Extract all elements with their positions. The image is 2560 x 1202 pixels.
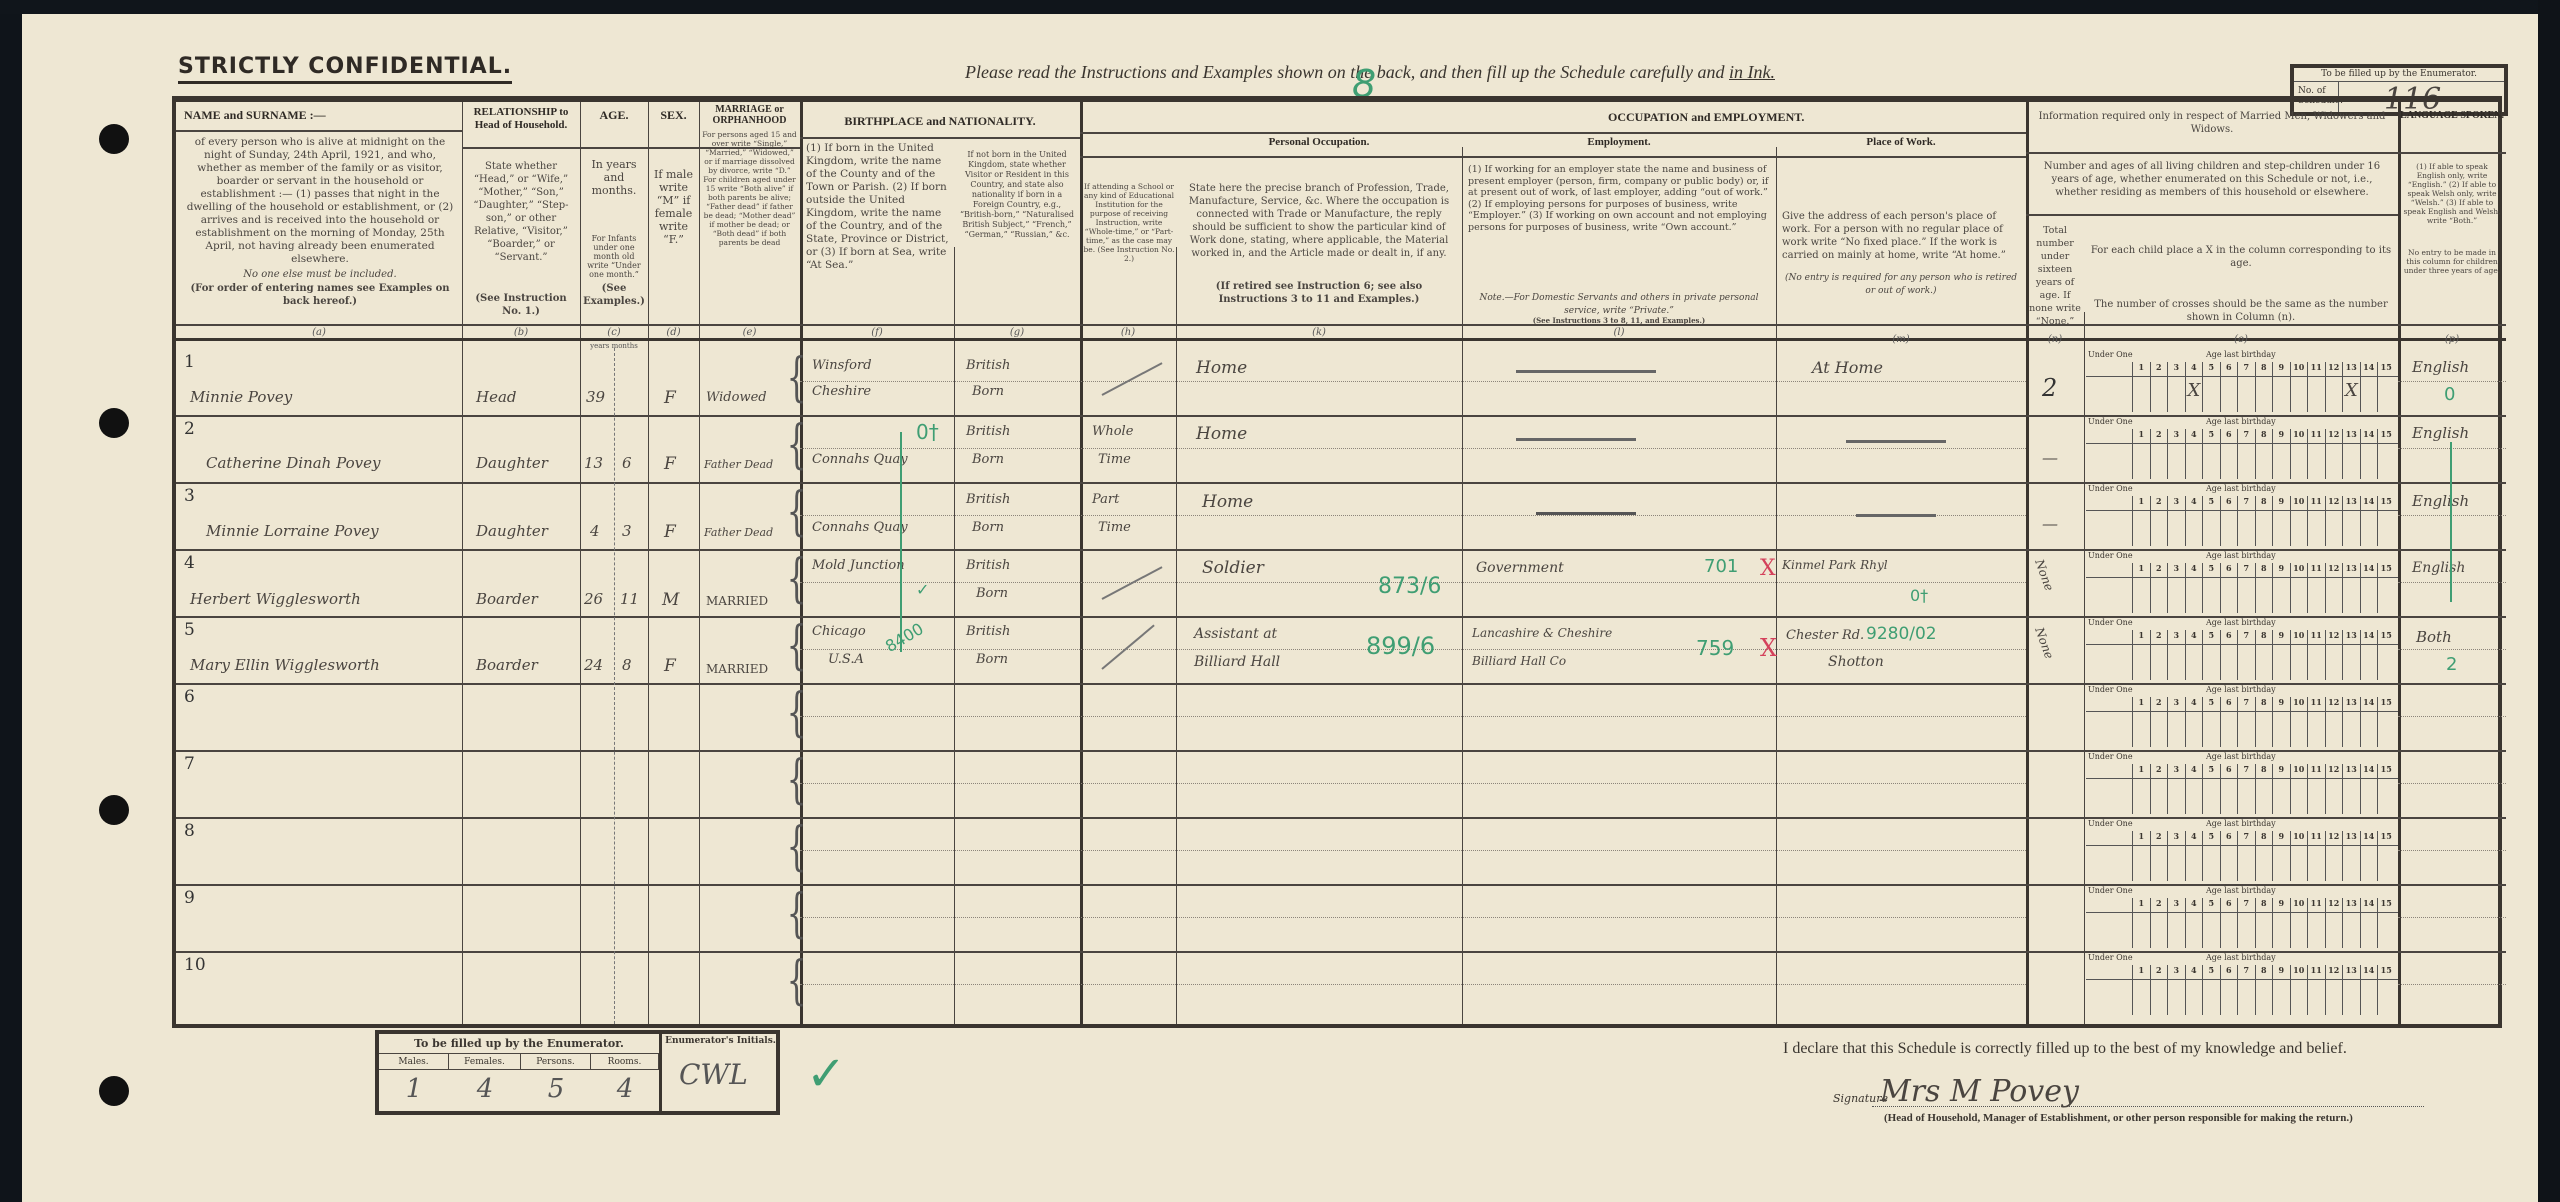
age-grid: Under One Age last birthday 123456789101… <box>2086 618 2398 682</box>
relationship: Boarder <box>476 590 538 608</box>
place-of-work: At Home <box>1812 358 1883 377</box>
children-total: None <box>2032 557 2056 592</box>
punch-hole <box>99 795 129 825</box>
employment: Government <box>1476 560 1564 576</box>
relationship: Daughter <box>476 522 548 540</box>
males-count: 1 <box>379 1074 449 1104</box>
employment-dash <box>1516 370 1656 373</box>
rooms-count: 4 <box>591 1074 659 1104</box>
age-grid: Under One Age last birthday 123456789101… <box>2086 953 2398 1017</box>
birthplace: Winsford <box>812 358 872 373</box>
nationality: British <box>966 358 1010 373</box>
nationality: British <box>966 558 1010 573</box>
age-months: 6 <box>622 454 632 472</box>
scan-border-top <box>0 0 2560 14</box>
header-birthplace: BIRTHPLACE and NATIONALITY. <box>800 114 1080 129</box>
birthplace: Mold Junction <box>812 558 905 573</box>
check-mark-icon: ✓ <box>806 1046 846 1102</box>
scan-border-right <box>2538 0 2560 1202</box>
birthplace: Chicago <box>812 624 866 639</box>
place-of-work: Kinmel Park Rhyl <box>1782 558 1888 572</box>
children-total: None <box>2032 625 2056 660</box>
age-grid: Under One Age last birthday 123456789101… <box>2086 350 2398 414</box>
punch-hole <box>99 1076 129 1106</box>
marriage-status: MARRIED <box>706 662 768 676</box>
sex: F <box>664 656 676 676</box>
nationality: British <box>966 492 1010 507</box>
signature: Mrs M Povey <box>1880 1074 2079 1109</box>
employment-code: 759 <box>1696 636 1734 660</box>
age-years: 24 <box>584 656 603 674</box>
occupation: Home <box>1202 492 1253 512</box>
age-years: 4 <box>590 522 600 540</box>
census-table: NAME and SURNAME :— of every person who … <box>172 96 2502 1028</box>
green-code: 0† <box>916 420 939 444</box>
person-name: Minnie Lorraine Povey <box>206 522 379 540</box>
marriage-status: MARRIED <box>706 594 768 608</box>
language: English <box>2412 560 2465 576</box>
age-grid: Under One Age last birthday 123456789101… <box>2086 886 2398 950</box>
header-marriage: MARRIAGE or ORPHANHOOD <box>699 104 800 126</box>
red-cross-mark: X <box>1760 634 1777 662</box>
header-employment: Employment. <box>1462 136 1776 148</box>
age-months: 11 <box>620 590 639 608</box>
punch-hole <box>99 408 129 438</box>
marriage-status: Father Dead <box>704 458 773 471</box>
occupation: Home <box>1196 358 1247 378</box>
nationality: British <box>966 424 1010 439</box>
page-title: STRICTLY CONFIDENTIAL. <box>178 54 512 84</box>
child-age-cross-mark: X <box>2188 380 2201 401</box>
red-cross-mark: X <box>1760 556 1776 581</box>
occupation: Assistant at <box>1194 626 1277 642</box>
person-name: Minnie Povey <box>190 388 292 406</box>
age-years: 13 <box>584 454 603 472</box>
person-name: Catherine Dinah Povey <box>206 454 380 472</box>
declaration-text: I declare that this Schedule is correctl… <box>1783 1040 2347 1058</box>
age-grid: Under One Age last birthday 123456789101… <box>2086 752 2398 816</box>
children-total: 2 <box>2042 374 2057 402</box>
birthplace: Connahs Quay <box>812 452 908 467</box>
employment-code: 701 <box>1704 556 1738 577</box>
age-grid: Under One Age last birthday 123456789101… <box>2086 417 2398 481</box>
header-personal-occupation: Personal Occupation. <box>1176 136 1462 148</box>
relationship: Head <box>476 388 517 406</box>
child-age-cross-mark: X <box>2345 380 2358 401</box>
header-language: LANGUAGE SPOKEN. <box>2398 110 2506 122</box>
language: English <box>2412 424 2469 442</box>
place-code: 0† <box>1910 586 1928 605</box>
header-occupation: OCCUPATION and EMPLOYMENT. <box>1080 110 2026 125</box>
relationship: Daughter <box>476 454 548 472</box>
sex: F <box>664 388 676 408</box>
header-name: NAME and SURNAME :— <box>184 108 326 123</box>
person-name: Herbert Wigglesworth <box>190 590 361 608</box>
place-code: 9280/02 <box>1866 624 1937 644</box>
sex: F <box>664 522 676 542</box>
header-sex: SEX. <box>648 108 699 123</box>
header-relationship: RELATIONSHIP to Head of Household. <box>466 106 576 132</box>
school-status: Part <box>1092 492 1119 507</box>
enumerator-box: To be filled up by the Enumerator. Males… <box>375 1030 780 1115</box>
language: English <box>2412 358 2469 376</box>
birthplace: Connahs Quay <box>812 520 908 535</box>
enumerator-initials: CWL <box>679 1058 748 1091</box>
header-place-of-work: Place of Work. <box>1776 136 2026 148</box>
header-age: AGE. <box>580 108 648 123</box>
language: English <box>2412 492 2469 510</box>
relationship: Boarder <box>476 656 538 674</box>
age-years: 39 <box>586 388 605 406</box>
marriage-status: Father Dead <box>704 526 773 539</box>
language: Both <box>2416 628 2452 646</box>
children-total: — <box>2042 448 2058 467</box>
age-months: 3 <box>622 522 632 540</box>
children-total: — <box>2042 514 2058 533</box>
age-grid: Under One Age last birthday 123456789101… <box>2086 685 2398 749</box>
marriage-status: Widowed <box>706 390 767 405</box>
person-name: Mary Ellin Wigglesworth <box>190 656 380 674</box>
age-grid: Under One Age last birthday 123456789101… <box>2086 484 2398 548</box>
signature-note: (Head of Household, Manager of Establish… <box>1884 1112 2353 1124</box>
age-years: 26 <box>584 590 603 608</box>
employment: Lancashire & Cheshire <box>1472 626 1612 640</box>
persons-count: 5 <box>521 1074 591 1104</box>
sex: F <box>664 454 676 474</box>
punch-hole <box>99 124 129 154</box>
occupation-code: 873/6 <box>1378 574 1441 599</box>
occupation-code: 899/6 <box>1366 632 1435 660</box>
sex: M <box>662 590 679 610</box>
females-count: 4 <box>449 1074 521 1104</box>
age-grid: Under One Age last birthday 123456789101… <box>2086 819 2398 883</box>
age-months: 8 <box>622 656 632 674</box>
place-of-work: Chester Rd. <box>1786 628 1864 643</box>
green-code: 8400 <box>882 619 927 656</box>
nationality: British <box>966 624 1010 639</box>
dash-mark <box>1102 362 1163 396</box>
occupation: Home <box>1196 424 1247 444</box>
occupation: Soldier <box>1202 558 1264 578</box>
age-grid: Under One Age last birthday 123456789101… <box>2086 551 2398 615</box>
header-married-info: Information required only in respect of … <box>2032 110 2392 136</box>
school-status: Whole <box>1092 424 1133 439</box>
